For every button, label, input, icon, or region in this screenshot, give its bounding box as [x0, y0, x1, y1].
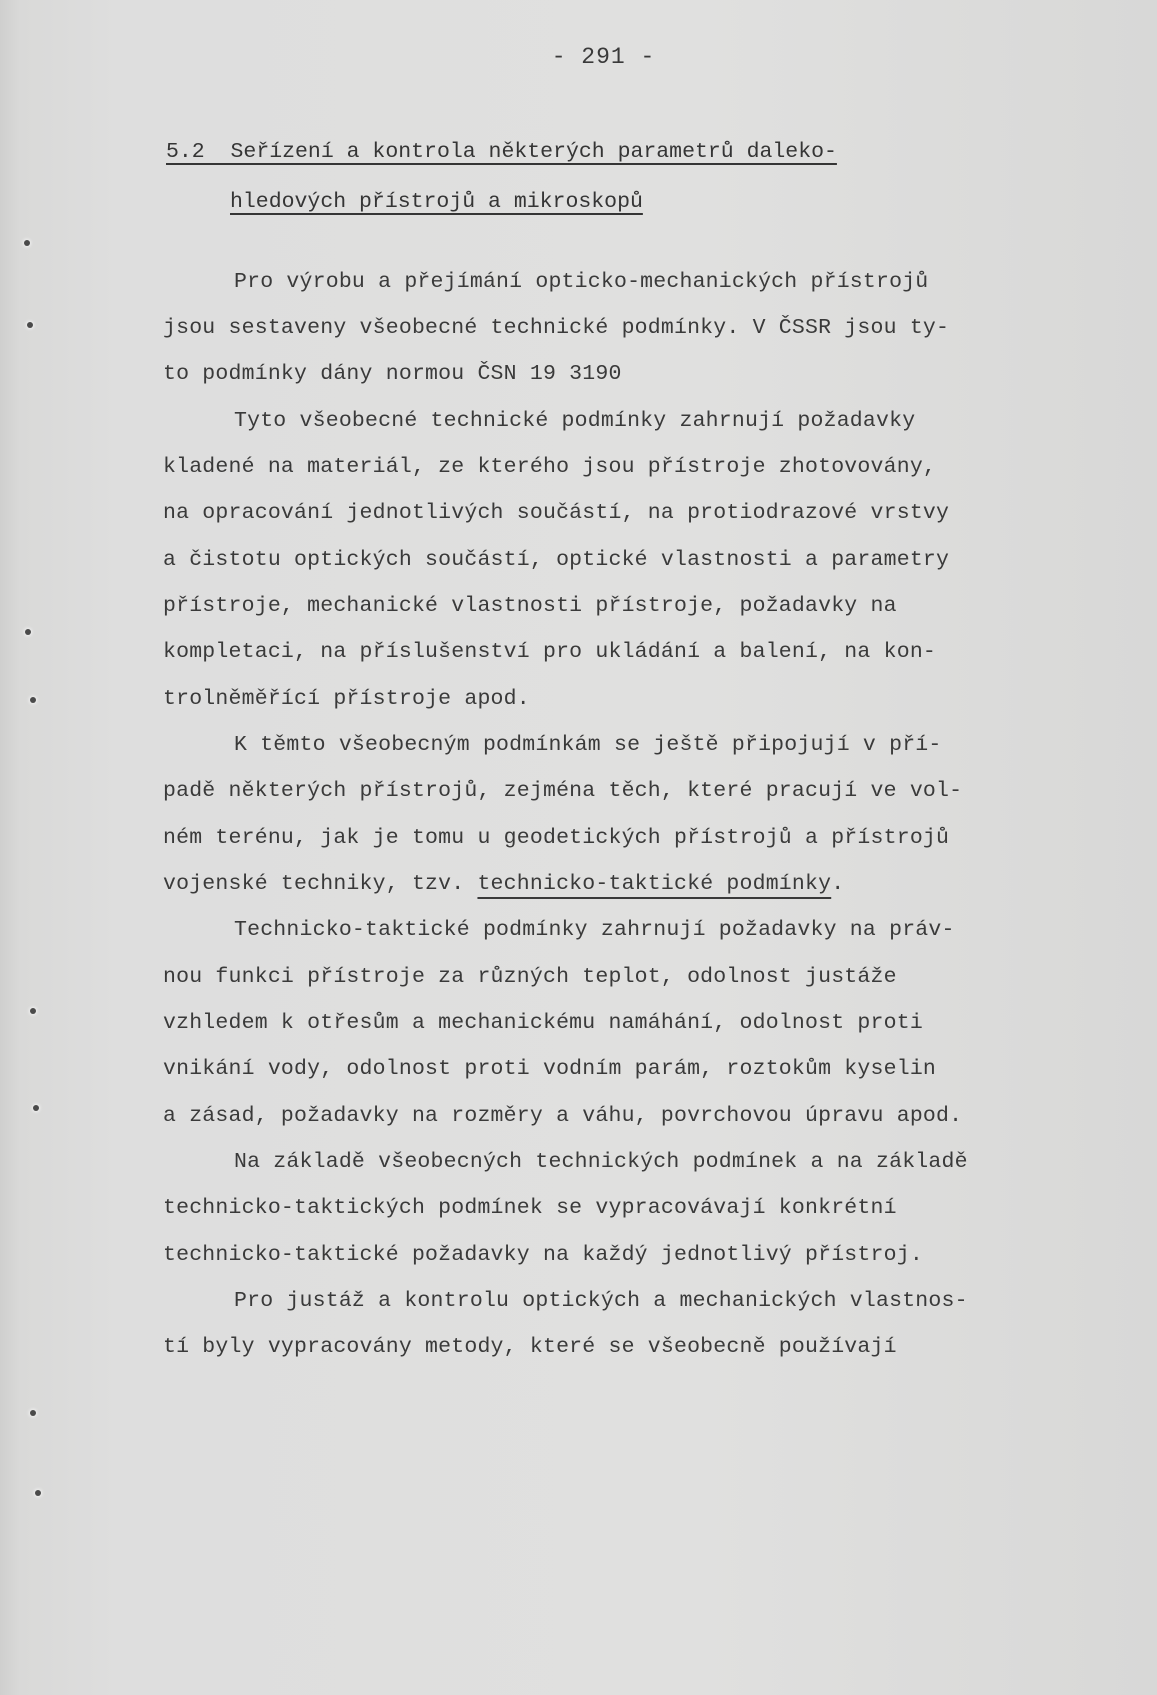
margin-mark — [35, 1490, 41, 1496]
margin-mark — [30, 697, 36, 703]
term-suffix: . — [831, 872, 844, 896]
body-line-with-term: vojenské techniky, tzv. technicko-taktic… — [163, 872, 844, 896]
body-line: nou funkci přístroje za různých teplot, … — [163, 965, 897, 989]
body-line: kladené na materiál, ze kterého jsou pří… — [163, 455, 936, 479]
document-page: - 291 - 5.2 Seřízení a kontrola některýc… — [0, 0, 1157, 1695]
margin-mark — [24, 240, 30, 246]
body-line: kompletaci, na příslušenství pro ukládán… — [163, 640, 936, 664]
margin-mark — [33, 1105, 39, 1111]
body-line: technicko-taktických podmínek se vypraco… — [163, 1196, 897, 1220]
body-line: jsou sestaveny všeobecné technické podmí… — [163, 316, 949, 340]
body-line: vzhledem k otřesům a mechanickému namáhá… — [163, 1011, 923, 1035]
body-line: ném terénu, jak je tomu u geodetických p… — [163, 826, 949, 850]
body-line: trolněměřící přístroje apod. — [163, 687, 530, 711]
body-line: technicko-taktické požadavky na každý je… — [163, 1243, 923, 1267]
section-heading-line-1: 5.2 Seřízení a kontrola některých parame… — [166, 140, 837, 164]
body-line: K těmto všeobecným podmínkám se ještě př… — [234, 733, 942, 757]
body-line: a zásad, požadavky na rozměry a váhu, po… — [163, 1104, 962, 1128]
margin-mark — [30, 1410, 36, 1416]
margin-mark — [25, 629, 31, 635]
body-line: Pro justáž a kontrolu optických a mechan… — [234, 1289, 968, 1313]
page-number: - 291 - — [0, 44, 1157, 70]
underlined-term: technicko-taktické podmínky — [477, 872, 831, 896]
body-line: padě některých přístrojů, zejména těch, … — [163, 779, 962, 803]
body-line: Pro výrobu a přejímání opticko-mechanick… — [234, 270, 928, 294]
margin-mark — [27, 322, 33, 328]
body-line: to podmínky dány normou ČSN 19 3190 — [163, 362, 622, 386]
body-line: na opracování jednotlivých součástí, na … — [163, 501, 949, 525]
body-line: Tyto všeobecné technické podmínky zahrnu… — [234, 409, 915, 433]
body-line: a čistotu optických součástí, optické vl… — [163, 548, 949, 572]
body-line: tí byly vypracovány metody, které se vše… — [163, 1335, 897, 1359]
body-line: vnikání vody, odolnost proti vodním pará… — [163, 1057, 936, 1081]
section-heading-line-2: hledových přístrojů a mikroskopů — [230, 190, 643, 214]
body-line: přístroje, mechanické vlastnosti přístro… — [163, 594, 897, 618]
body-line: Na základě všeobecných technických podmí… — [234, 1150, 968, 1174]
body-line-prefix: vojenské techniky, tzv. — [163, 872, 477, 896]
margin-mark — [30, 1008, 36, 1014]
body-line: Technicko-taktické podmínky zahrnují pož… — [234, 918, 955, 942]
